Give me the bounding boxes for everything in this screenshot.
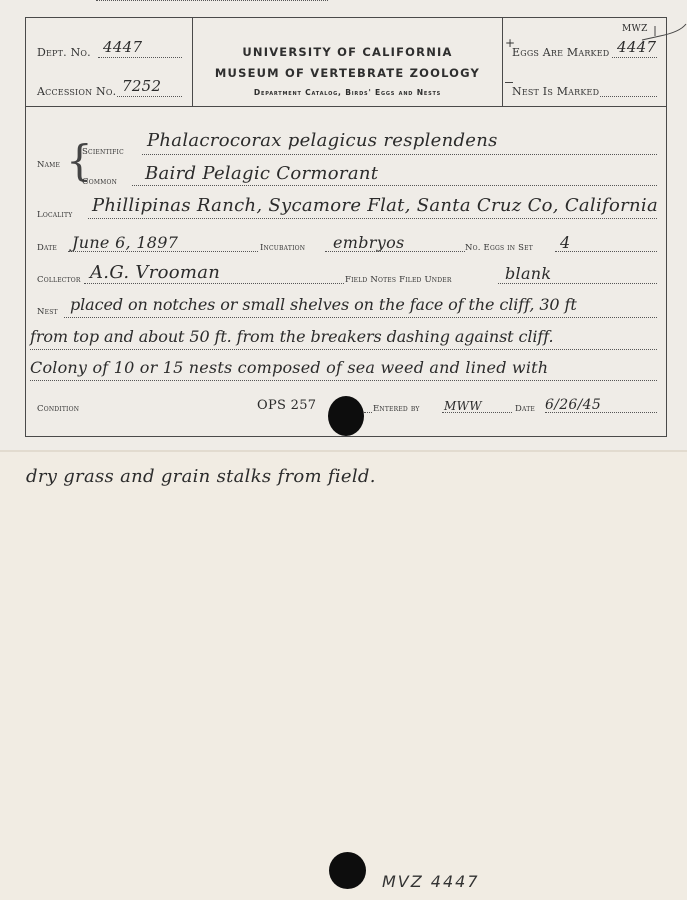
scientific-line <box>142 154 657 155</box>
nest-line-2 <box>30 349 657 350</box>
entered-by-label: Entered by <box>373 404 420 414</box>
dept-no-line <box>98 57 182 58</box>
date-label: Date <box>37 243 57 253</box>
common-label: Common <box>82 177 117 187</box>
common-line <box>132 185 657 186</box>
collector-line <box>84 283 344 284</box>
entered-by-leader <box>364 412 372 413</box>
name-label: Name <box>37 160 60 170</box>
nest-marked-label: Nest Is Marked <box>512 85 599 98</box>
nest-label: Nest <box>37 307 58 317</box>
dept-no-value: 4447 <box>103 38 142 56</box>
nest-line-3 <box>30 380 657 381</box>
nest-line-1 <box>64 317 657 318</box>
accession-no-line <box>117 96 182 97</box>
punch-hole-front <box>328 396 364 436</box>
museum-title: MUSEUM OF VERTEBRATE ZOOLOGY <box>193 66 502 80</box>
collector-value: A.G. Vrooman <box>90 262 220 283</box>
nest-text-line-1: placed on notches or small shelves on th… <box>70 295 577 314</box>
locality-label: Locality <box>37 210 72 220</box>
eggs-in-set-label: No. Eggs in Set <box>465 243 533 253</box>
condition-line <box>96 0 328 1</box>
field-notes-label: Field Notes Filed Under <box>345 275 452 285</box>
field-notes-value: blank <box>505 264 551 283</box>
dash-mark <box>505 82 513 83</box>
field-notes-line <box>498 283 657 284</box>
catalog-subtitle: Department Catalog, Birds' Eggs and Nest… <box>193 88 502 97</box>
entered-by-value: MWW <box>444 399 482 413</box>
card-back: dry grass and grain stalks from field. M… <box>0 450 687 900</box>
locality-line <box>88 218 657 219</box>
catalog-mark: MVZ 4447 <box>382 872 480 891</box>
incubation-value: embryos <box>333 233 405 252</box>
condition-label: Condition <box>37 404 79 414</box>
dept-no-label: Dept. No. <box>37 46 91 59</box>
punch-hole-back <box>329 852 366 889</box>
entered-date-value: 6/26/45 <box>545 397 601 413</box>
eggs-in-set-value: 4 <box>560 233 570 252</box>
entered-date-label: Date <box>515 404 535 414</box>
nest-text-line-3: Colony of 10 or 15 nests composed of sea… <box>30 358 548 377</box>
accession-no-label: Accession No. <box>37 85 116 98</box>
collector-label: Collector <box>37 275 81 285</box>
scientific-label: Scientific <box>82 147 124 157</box>
nest-continuation: dry grass and grain stalks from field. <box>26 466 376 487</box>
accession-no-value: 7252 <box>122 77 161 95</box>
eggs-marked-label: Eggs Are Marked <box>512 46 609 59</box>
date-value: June 6, 1897 <box>72 233 178 252</box>
scientific-value: Phalacrocorax pelagicus resplendens <box>147 130 498 151</box>
nest-marked-line <box>600 96 657 97</box>
eggs-marked-line <box>612 57 657 58</box>
locality-value: Phillipinas Ranch, Sycamore Flat, Santa … <box>92 195 658 216</box>
condition-value: OPS 257 <box>257 398 316 413</box>
incubation-label: Incubation <box>260 243 305 253</box>
header-divider <box>193 106 502 107</box>
eggs-marked-value: 4447 <box>617 38 656 56</box>
nest-text-line-2: from top and about 50 ft. from the break… <box>30 327 553 346</box>
common-value: Baird Pelagic Cormorant <box>145 163 378 184</box>
card-front: Dept. No. 4447 Accession No. 7252 UNIVER… <box>0 0 687 450</box>
institution-title: UNIVERSITY OF CALIFORNIA <box>193 45 502 59</box>
